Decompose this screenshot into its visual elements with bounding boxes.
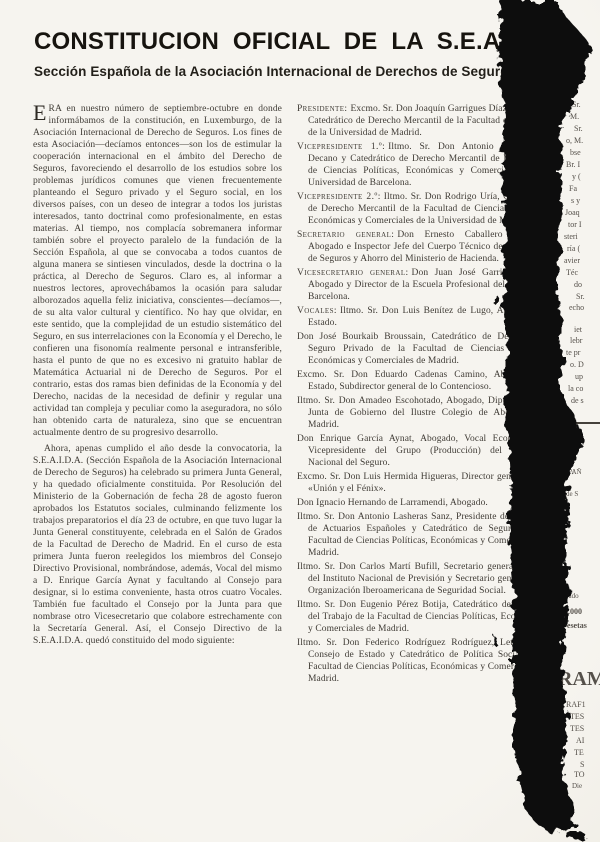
text-fragment: filtrado — [558, 592, 579, 600]
text-fragment: RAM — [558, 668, 600, 691]
text-fragment: N — [560, 428, 579, 458]
text-fragment: y ( — [572, 172, 581, 181]
text-fragment: Sr. — [576, 292, 585, 301]
text-fragment: MPAÑ — [562, 468, 582, 476]
text-fragment: o, M. — [566, 136, 583, 145]
text-fragment: TES — [570, 712, 584, 721]
text-fragment: Joaq — [565, 208, 580, 217]
text-fragment: te pr — [566, 348, 580, 357]
text-fragment: M. — [570, 112, 579, 121]
text-fragment: echo — [569, 303, 584, 312]
edge-fragments: tonidedroSr.M.Sr.o, M.bseBr. Iy (Fas yJo… — [0, 0, 600, 842]
scanned-document-page: { "page": { "title": "CONSTITUCION OFICI… — [0, 0, 600, 842]
text-fragment: RAF1 — [566, 700, 586, 709]
text-fragment: 00.000 — [560, 607, 582, 616]
text-fragment: de S — [566, 490, 578, 498]
text-fragment: de s — [571, 396, 584, 405]
text-fragment: ría ( — [567, 244, 580, 253]
text-fragment: S — [580, 760, 584, 769]
text-fragment: Pesetas — [562, 621, 587, 630]
text-fragment: toni — [563, 64, 575, 73]
text-fragment: bse — [570, 148, 581, 157]
text-fragment: Fa — [569, 184, 577, 193]
text-fragment: AI — [576, 736, 584, 745]
text-fragment: iet — [574, 325, 582, 334]
text-fragment: Sr. — [572, 100, 581, 109]
text-fragment: do — [574, 280, 582, 289]
text-fragment: Téc — [566, 268, 578, 277]
text-fragment: steri — [564, 232, 578, 241]
text-fragment: lebr — [570, 336, 582, 345]
text-fragment: Br. I — [566, 160, 580, 169]
torn-rule-fragment — [562, 422, 600, 424]
text-fragment: Die — [572, 782, 582, 790]
text-fragment: o. D — [570, 360, 584, 369]
text-fragment: tor I — [568, 220, 582, 229]
text-fragment: Sr. — [574, 124, 583, 133]
text-fragment: avier — [564, 256, 580, 265]
text-fragment: TO — [574, 770, 585, 779]
text-fragment: de — [570, 76, 578, 85]
text-fragment: TE — [574, 748, 584, 757]
text-fragment: TES — [570, 724, 584, 733]
text-fragment: up — [575, 372, 583, 381]
text-fragment: dro — [567, 88, 578, 97]
text-fragment: la co — [568, 384, 583, 393]
text-fragment: s y — [571, 196, 580, 205]
